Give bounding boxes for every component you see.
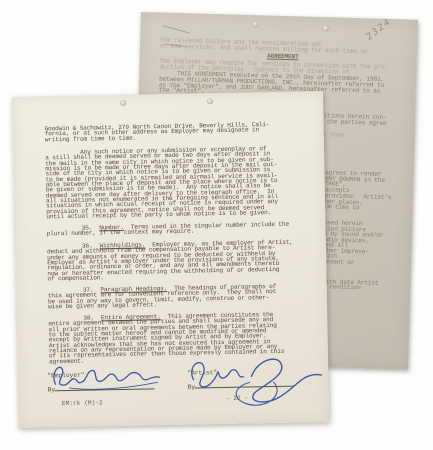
- clause-38-entire-agreement: 38. Entire Agreement. This agreement con…: [48, 311, 311, 364]
- punch-hole: [120, 100, 126, 106]
- punch-hole: [253, 21, 259, 27]
- handwritten-corner-number: 2324: [365, 17, 394, 43]
- clause-37-paragraph-headings: 37. Paragraph Headings. The headings of …: [48, 283, 310, 309]
- notice-paragraph: Any such notice or any submission or scr…: [45, 145, 308, 219]
- clause-35-number: 35. Number. Terms used in the singular n…: [46, 221, 308, 237]
- page-number-22: - 22 -: [226, 395, 248, 402]
- agreement-page-22: Goodwin & Sachowitz, 279 North Canon Dri…: [12, 91, 329, 428]
- punch-hole: [323, 25, 329, 31]
- employer-signature-line: [55, 382, 155, 391]
- clause-36-withholdings: 36. Withholdings. Employer may, as the e…: [47, 239, 310, 281]
- employer-label: "Employer": [47, 372, 84, 380]
- pencil-crease-mark: [163, 25, 190, 33]
- employer-by-line: By: [48, 382, 156, 393]
- typist-reference: EM:rk (M)-2: [62, 399, 103, 407]
- artist-signature-line: [195, 380, 295, 389]
- punch-hole: [207, 98, 213, 104]
- document-photo: 2324 the released picture and the consid…: [0, 0, 433, 450]
- artist-label: "Artist": [187, 369, 217, 377]
- artist-by-line: By: [187, 380, 295, 391]
- address-paragraph: Goodwin & Sachowitz, 279 North Canon Dri…: [45, 121, 307, 142]
